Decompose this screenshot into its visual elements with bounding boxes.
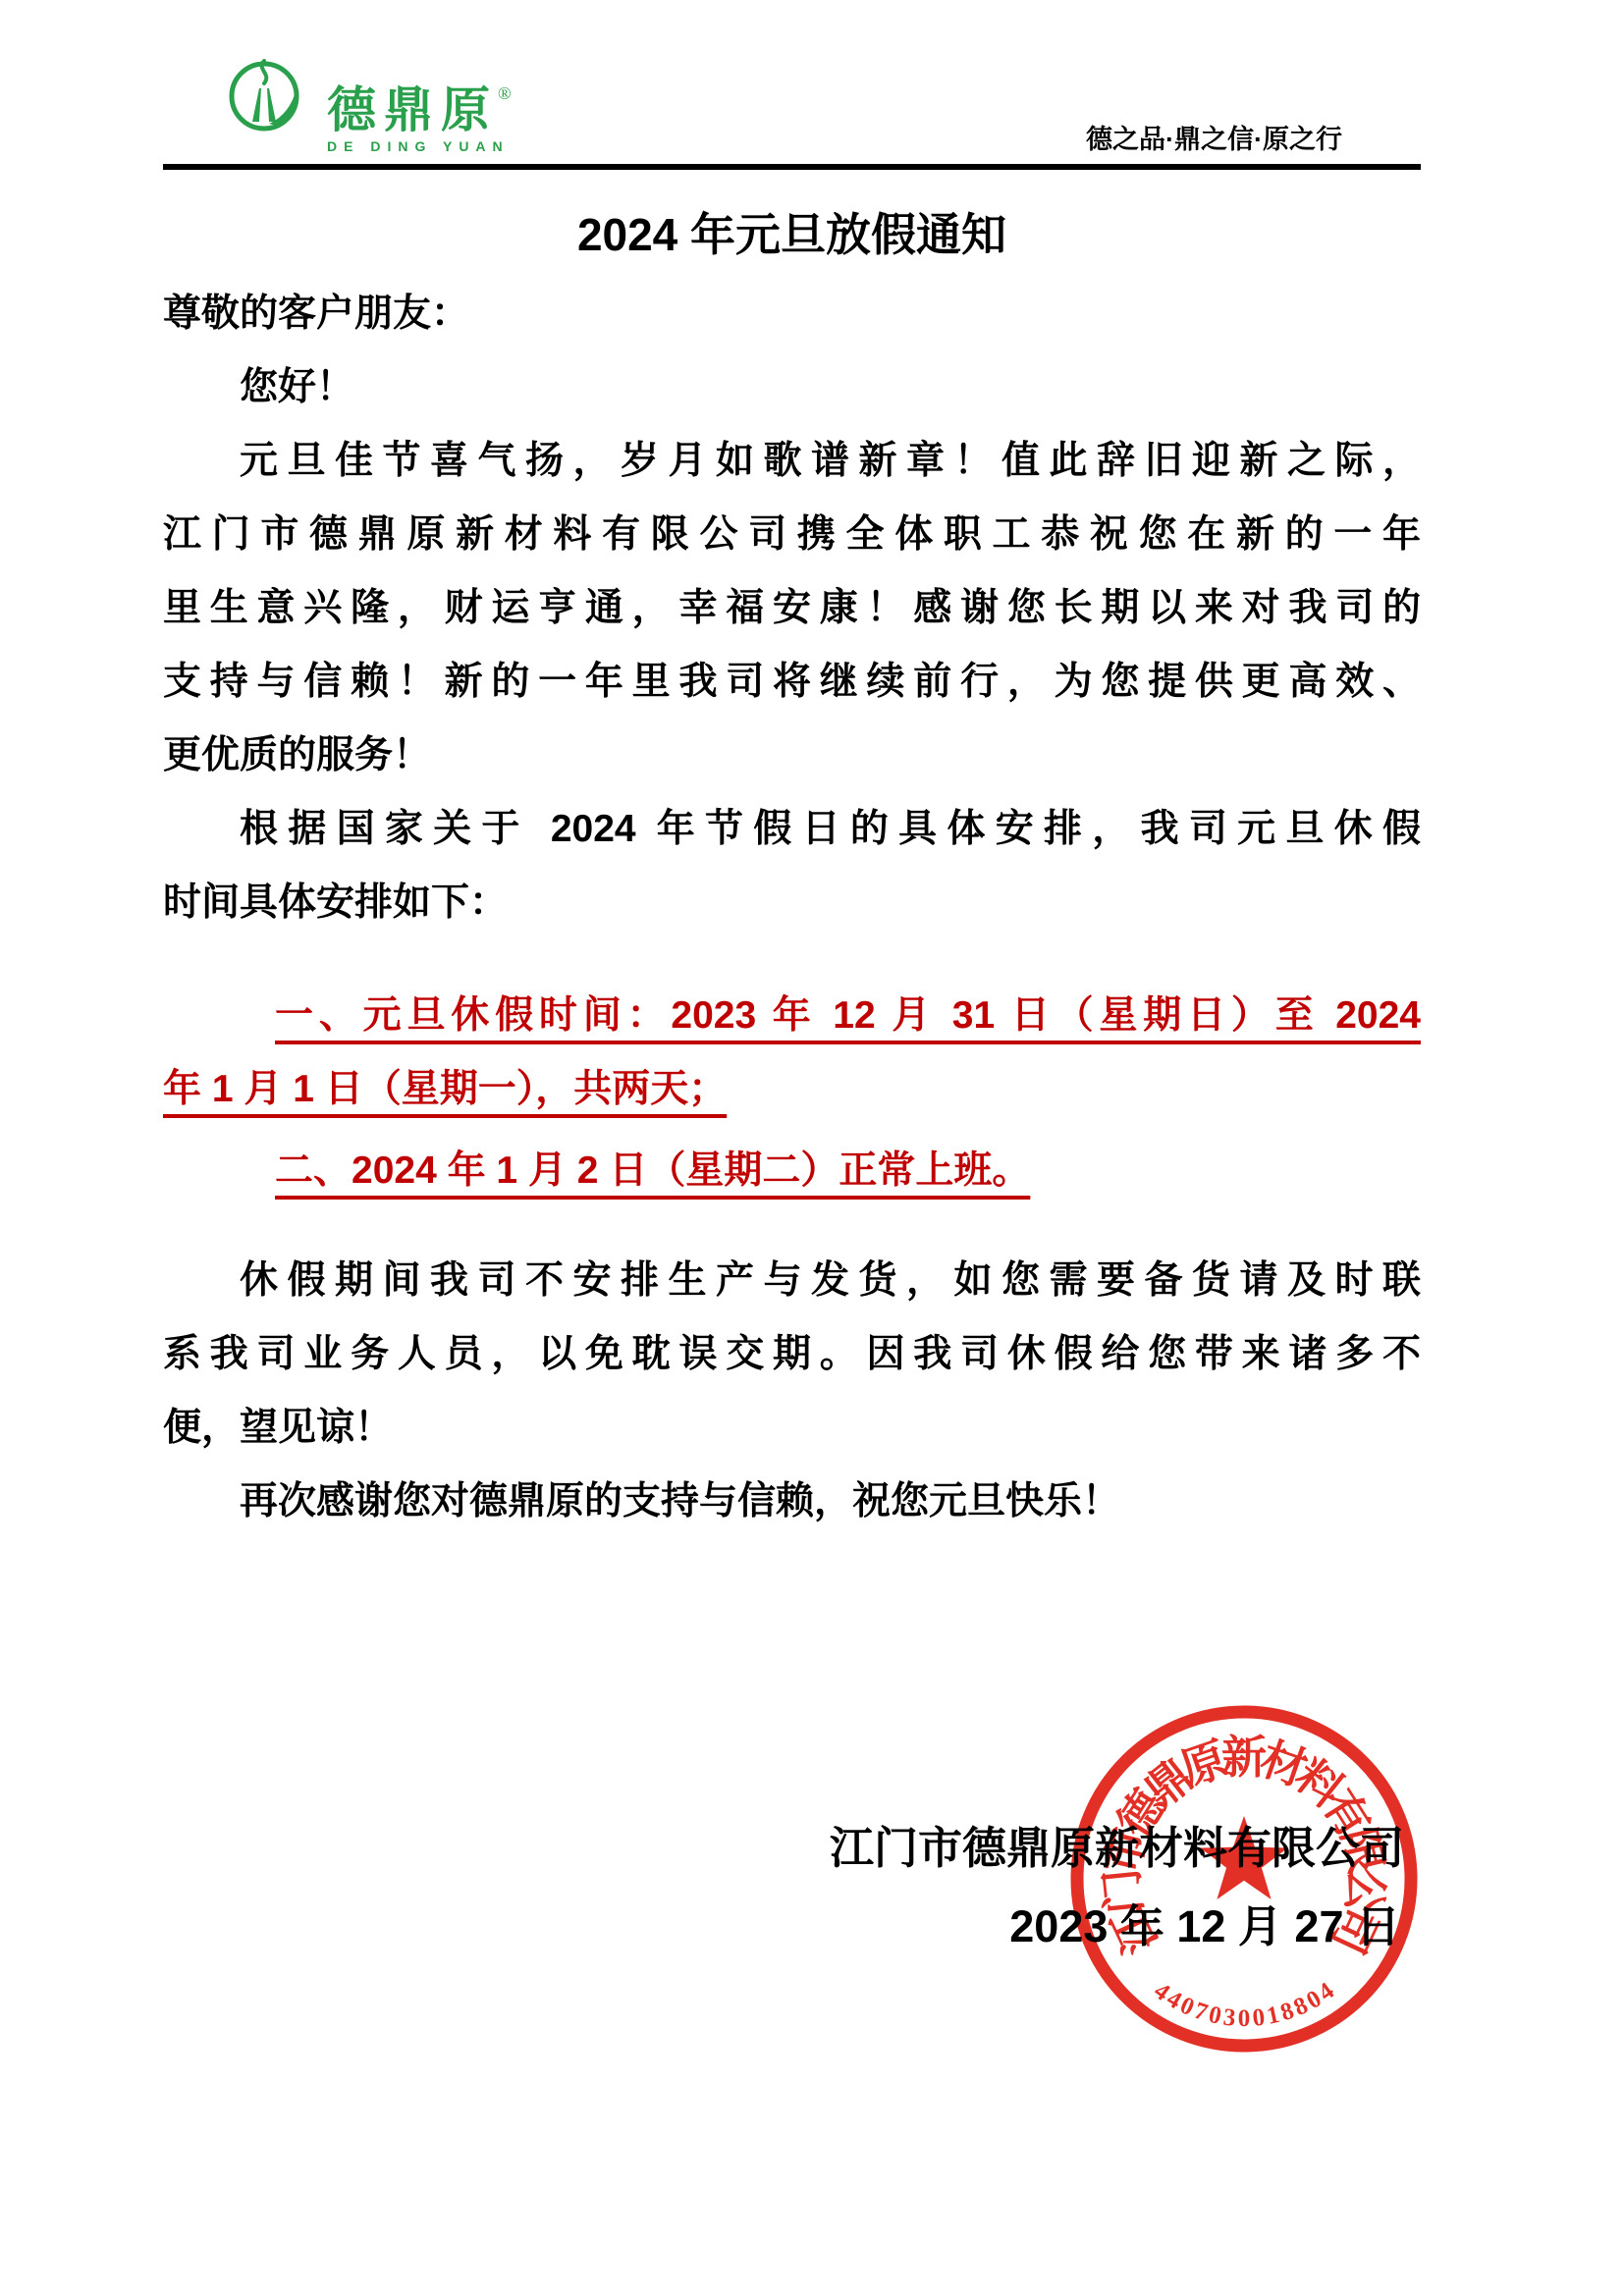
signature-date: 2023 年 12 月 27 日 [1009,1891,1400,1954]
body-line: 时间具体安排如下： [163,866,1421,939]
document-title: 2024 年元旦放假通知 [163,206,1421,263]
seal-serial-number: 4 4 0 7 0 3 0 0 1 8 8 0 4 [1149,1977,1339,2032]
svg-text:0: 0 [1238,2005,1251,2032]
body-line: 尊敬的客户朋友： [163,277,1421,350]
signature-company: 江门市德鼎原新材料有限公司 [830,1812,1404,1876]
body-line: 休假期间我司不安排生产与发货，如您需要备货请及时联 [163,1244,1421,1317]
body-line: 再次感谢您对德鼎原的支持与信赖，祝您元旦快乐！ [163,1465,1421,1538]
notice-body: 尊敬的客户朋友： 您好！ 元旦佳节喜气扬，岁月如歌谱新章！值此辞旧迎新之际， 江… [163,277,1421,1538]
company-logo: 德鼎原® DE DING YUAN [220,37,512,154]
logo-en-name: DE DING YUAN [327,138,512,154]
body-line: 更优质的服务！ [163,719,1421,792]
header-divider [163,164,1421,170]
body-line: 里生意兴隆，财运亨通，幸福安康！感谢您长期以来对我司的 [163,571,1421,645]
notice-document: 德鼎原® DE DING YUAN 德之品·鼎之信·原之行 2024 年元旦放假… [0,0,1624,2296]
holiday-schedule-item: 年 1 月 1 日（星期一），共两天； [163,1052,1421,1126]
body-line: 江门市德鼎原新材料有限公司携全体职工恭祝您在新的一年 [163,498,1421,571]
body-line: 您好！ [163,350,1421,424]
company-slogan: 德之品·鼎之信·原之行 [1086,124,1342,155]
registered-mark: ® [498,83,512,103]
svg-text:0: 0 [1251,2004,1266,2032]
body-line: 系我司业务人员，以免耽误交期。因我司休假给您带来诸多不 [163,1317,1421,1391]
flame-leaf-circle-icon [220,37,313,135]
body-line: 便，望见谅！ [163,1391,1421,1465]
logo-cn-name: 德鼎原® [327,69,512,134]
body-line: 支持与信赖！新的一年里我司将继续前行，为您提供更高效、 [163,645,1421,719]
body-line: 元旦佳节喜气扬，岁月如歌谱新章！值此辞旧迎新之际， [163,424,1421,498]
holiday-schedule-item: 二、2024 年 1 月 2 日（星期二）正常上班。 [163,1134,1421,1207]
company-seal: 江 门 市 德 鼎 原 新 材 料 有 限 公 司 4 4 0 7 0 3 0 … [1065,1700,1423,2057]
svg-text:3: 3 [1221,2004,1236,2032]
body-line: 根据国家关于 2024 年节假日的具体安排，我司元旦休假 [163,792,1421,866]
holiday-schedule-item: 一、元旦休假时间：2023 年 12 月 31 日（星期日）至 2024 [163,979,1421,1052]
